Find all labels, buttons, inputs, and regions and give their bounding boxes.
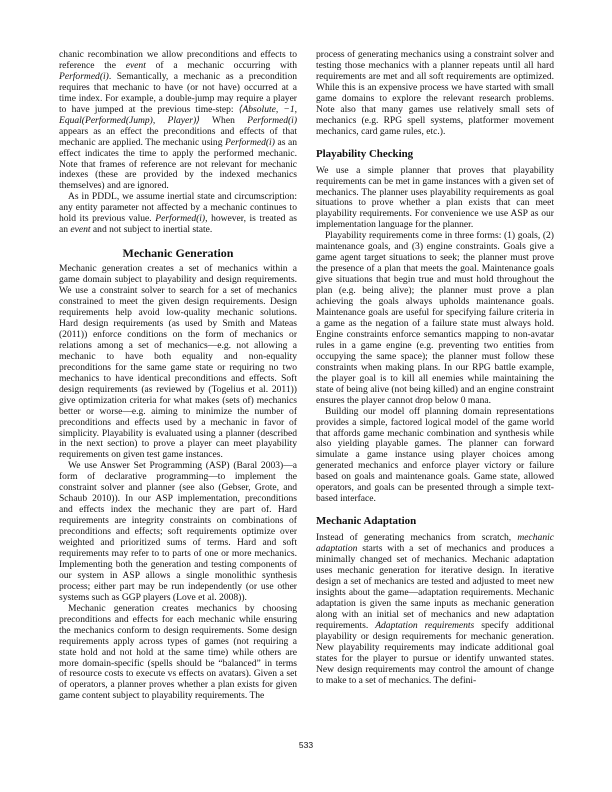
text: When	[200, 115, 247, 126]
paragraph-generation-process: Mechanic generation creates mechanics by…	[59, 604, 297, 703]
emphasis-text: event	[126, 60, 146, 71]
subsection-title-mechanic-adaptation: Mechanic Adaptation	[316, 515, 554, 528]
math-expression: Performed(i)	[247, 115, 297, 126]
paragraph-asp: We use Answer Set Programming (ASP) (Bar…	[59, 461, 297, 603]
paragraph-generation-loop: process of generating mechanics using a …	[316, 50, 554, 138]
paragraph-mechanic-generation-intro: Mechanic generation creates a set of mec…	[59, 264, 297, 461]
text: and not subject to inertial state.	[91, 224, 213, 235]
section-title-mechanic-generation: Mechanic Generation	[59, 246, 297, 260]
paragraph-pddl-inertia: As in PDDL, we assume inertial state and…	[59, 192, 297, 236]
paragraph-playability-forms: Playability requirements come in three f…	[316, 231, 554, 406]
math-expression: Performed(i)	[155, 213, 205, 224]
right-column: process of generating mechanics using a …	[316, 50, 554, 687]
text: Instead of generating mechanics from scr…	[316, 532, 517, 543]
paragraph-mechanic-recombination: chanic recombination we allow preconditi…	[59, 50, 297, 192]
left-column: chanic recombination we allow preconditi…	[59, 50, 297, 702]
paragraph-planning-model: Building our model off planning domain r…	[316, 407, 554, 506]
subsection-title-playability-checking: Playability Checking	[316, 148, 554, 161]
emphasis-text: Adaptation requirements	[375, 620, 474, 631]
text: starts with a set of mechanics and produ…	[316, 543, 554, 631]
paragraph-planner: We use a simple planner that proves that…	[316, 166, 554, 232]
text: of a mechanic occurring with	[146, 60, 297, 71]
page-number: 533	[0, 740, 612, 750]
paragraph-mechanic-adaptation: Instead of generating mechanics from scr…	[316, 533, 554, 686]
emphasis-text: event	[70, 224, 90, 235]
math-expression: Performed(i)	[59, 71, 109, 82]
math-expression: Performed(i)	[225, 137, 275, 148]
